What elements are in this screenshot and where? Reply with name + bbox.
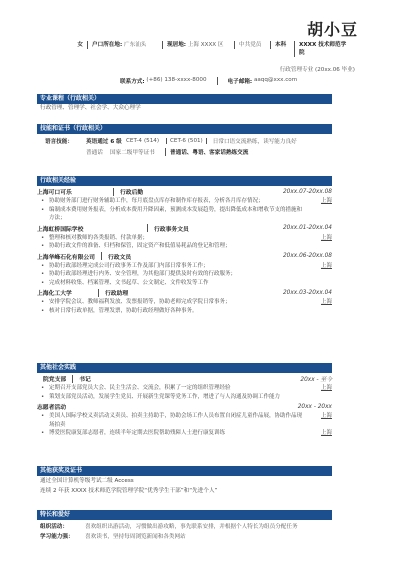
hobby-item: 组织活动： 喜欢组织出游活动，习惯做出游攻略，事先联系安排，并根据个人特长为组员… — [37, 522, 332, 532]
school: XXXX 技术师范学院 — [294, 41, 352, 57]
award-item: 通过全国计算机等级考试二级 Access — [37, 476, 332, 486]
job-header: 上海虹桥国际学校 行政事务文员 20xx.01-20xx.04 — [37, 223, 332, 234]
date: 20xx.01-20xx.04 — [283, 225, 332, 231]
role: 行政后勤 — [120, 187, 143, 196]
section-title: 行政相关经验 — [37, 176, 332, 186]
divider — [113, 188, 114, 196]
hobby-text: 喜欢读书，坚持每周浏览新闻和各类网站 — [85, 532, 186, 542]
mandarin-cert: 国家二级甲等证书 — [110, 148, 165, 156]
politics: 中共党员 — [234, 41, 270, 49]
cet4: CET-4 — [126, 138, 144, 144]
phone-value[interactable]: (+86) 138-xxxx-8000 — [146, 77, 206, 85]
gender: 女 — [65, 41, 87, 49]
residence: 现居地: 上海 XXXX 区 — [162, 41, 234, 49]
practice-entry: 志愿者活动 20xx - 20xx 美国人国际学校义卖活动义卖员、拍卖主持助手，… — [37, 401, 332, 438]
date: 20xx.06-20xx.08 — [283, 253, 332, 259]
divider — [217, 77, 218, 85]
award-item: 连续 2 年获 XXXX 技术师范学院管理学院“优秀学生干部”和“先进个人” — [37, 486, 332, 496]
bullet-item: 策划支部党员活动，发展学生党员、开展新生党课等党务工作，增进了与人沟通及协调工作… — [37, 393, 332, 402]
skill-label: 语言技能： — [45, 137, 86, 145]
divider — [147, 224, 148, 232]
bullet-item: 协助行政文件的准备、归档和保管，固定资产和低值易耗品的登记和管理； — [37, 242, 332, 251]
degree: 本科 — [270, 41, 294, 49]
bullet-item: 协助财务部门进行财务辅助工作，每月底盘点库存和制作库存报表，分析各月库存情况；上… — [37, 197, 332, 206]
hobby-item: 学习能力强： 喜欢读书，坚持每周浏览新闻和各类网站 — [37, 532, 332, 542]
practice-entry: 院党支部 书记 20xx - 至今 定期召开支部党员大会、民主生活会、交流会，积… — [37, 373, 332, 401]
company: 上海可口可乐 — [37, 187, 107, 196]
mandarin: 普通话 — [86, 148, 110, 156]
section-title: 其他获奖及证书 — [37, 466, 332, 476]
job-entry: 上海虹桥国际学校 行政事务文员 20xx.01-20xx.04 整理和核对教师的… — [37, 223, 332, 251]
candidate-name: 胡小豆 — [307, 17, 358, 40]
major: 行政管理专业 (20xx.06 毕业) — [280, 65, 355, 73]
oral-skill: 日常口语交流熟练，读写能力良好 — [213, 137, 297, 145]
hobby-label: 学习能力强： — [40, 532, 85, 542]
bullet-item: 协助行政部经理进行内务、安全管理，为其他部门提供及时有效的行政服务； — [37, 270, 332, 279]
company: 上海化工大学 — [37, 288, 92, 297]
location: 上海 — [321, 412, 332, 421]
residence-value: 上海 XXXX 区 — [188, 42, 224, 48]
practice-header: 院党支部 书记 20xx - 至今 — [37, 373, 332, 384]
location: 上海 — [321, 384, 332, 393]
divider — [98, 289, 99, 297]
job-entry: 上海化工大学 行政助理 20xx.03-20xx.04 安排学院会议、教师福利发… — [37, 287, 332, 315]
section-experience: 行政相关经验 上海可口可乐 行政后勤 20xx.07-20xx.08 协助财务部… — [37, 176, 332, 315]
dialects: 普通话、粤语、客家话熟练交流 — [165, 148, 248, 156]
date: 20xx.03-20xx.04 — [283, 290, 332, 296]
hobby-text: 喜欢组织出游活动，习惯做出游攻略，事先联系安排，并根据个人特长为组员分配任务 — [85, 522, 298, 532]
role: 行政文员 — [108, 252, 131, 261]
english-level: 英语通过 6 级 — [86, 137, 126, 145]
bullet-item: 整理和核对教师的各类报销、付款单据；上海 — [37, 234, 332, 243]
company: 上海华峰石化有限公司 — [37, 252, 95, 261]
bullet-item: 编制成本费用财务报表，分析成本费用升降因素，预测成本发展趋势，提出降低成本和增收… — [37, 206, 332, 223]
bullet-item: 完成材料收集、档案管理、文书起草、公文制定、文件收发等工作 — [37, 279, 332, 288]
section-hobbies: 特长和爱好 组织活动： 喜欢组织出游活动，习惯做出游攻略，事先联系安排，并根据个… — [37, 510, 332, 542]
email-label: 电子邮箱: — [228, 77, 253, 85]
section-title: 专业课程（行政相关） — [37, 94, 332, 104]
location: 上海 — [321, 234, 332, 243]
job-header: 上海可口可乐 行政后勤 20xx.07-20xx.08 — [37, 186, 332, 197]
personal-info-row: 女 户口所在地: 广东汕头 现居地: 上海 XXXX 区 中共党员 本科 XXX… — [65, 41, 365, 57]
bullet-item: 美国人国际学校义卖活动义卖员、拍卖主持助手，协助会场工作人员布置自闭症儿童作品展… — [37, 412, 332, 429]
cet6: CET-6 (501) — [166, 138, 207, 144]
location: 上海 — [321, 262, 332, 271]
mandarin-row: 普通话 国家二级甲等证书 普通话、粤语、客家话熟练交流 — [37, 147, 332, 157]
section-title: 技能和证书（行政相关） — [37, 124, 332, 134]
section-practice: 其他社会实践 院党支部 书记 20xx - 至今 定期召开支部党员大会、民主生活… — [37, 363, 332, 438]
job-header: 上海华峰石化有限公司 行政文员 20xx.06-20xx.08 — [37, 251, 332, 262]
residence-label: 现居地: — [167, 42, 186, 48]
bullet-item: 定期召开支部党员大会、民主生活会、交流会，积累了一定的组织管理经验上海 — [37, 384, 332, 393]
bullet-item: 博爱医院康复部志愿者，连续半年定期去医院帮助残障人士进行康复训练上海 — [37, 429, 332, 438]
company: 上海虹桥国际学校 — [37, 224, 141, 233]
cet4-score: (514) — [144, 138, 166, 144]
section-title: 特长和爱好 — [37, 510, 332, 520]
hukou-value: 广东汕头 — [124, 42, 146, 48]
org: 院党支部 — [43, 374, 66, 383]
location: 上海 — [321, 298, 332, 307]
date: 20xx.07-20xx.08 — [283, 189, 332, 195]
hukou: 户口所在地: 广东汕头 — [87, 41, 162, 49]
phone-label: 联系方式: — [120, 77, 145, 85]
divider — [72, 375, 73, 383]
org: 志愿者活动 — [37, 402, 66, 411]
section-skills: 技能和证书（行政相关） 语言技能： 英语通过 6 级 CET-4 (514) C… — [37, 124, 332, 157]
role: 书记 — [79, 374, 91, 383]
bullet-item: 安排学院会议、教师福利发放、发票报销等，协助老师完成学院日常事务；上海 — [37, 298, 332, 307]
role: 行政助理 — [105, 288, 128, 297]
courses-content: 行政管理、管理学、社会学、大众心理学 — [37, 104, 332, 113]
role: 行政事务文员 — [154, 224, 189, 233]
section-title: 其他社会实践 — [37, 363, 332, 373]
location: 上海 — [321, 429, 332, 438]
job-entry: 上海华峰石化有限公司 行政文员 20xx.06-20xx.08 协助行政部经理完… — [37, 251, 332, 288]
location: 上海 — [321, 197, 332, 206]
hobby-label: 组织活动： — [40, 522, 85, 532]
language-skill-row: 语言技能： 英语通过 6 级 CET-4 (514) CET-6 (501) 日… — [37, 134, 332, 147]
hukou-label: 户口所在地: — [92, 42, 122, 48]
divider — [101, 252, 102, 260]
section-awards: 其他获奖及证书 通过全国计算机等级考试二级 Access 连续 2 年获 XXX… — [37, 466, 332, 496]
section-courses: 专业课程（行政相关） 行政管理、管理学、社会学、大众心理学 — [37, 94, 332, 113]
job-header: 上海化工大学 行政助理 20xx.03-20xx.04 — [37, 287, 332, 298]
job-entry: 上海可口可乐 行政后勤 20xx.07-20xx.08 协助财务部门进行财务辅助… — [37, 186, 332, 223]
bullet-item: 协助行政部经理完成公司行政事务工作及部门内部日常事务工作；上海 — [37, 262, 332, 271]
email-value[interactable]: aaqq@xxx.com — [254, 77, 297, 85]
contact-row: 联系方式: (+86) 138-xxxx-8000 电子邮箱: aaqq@xxx… — [120, 77, 297, 85]
date: 20xx - 至今 — [300, 374, 332, 383]
date: 20xx - 20xx — [298, 404, 332, 410]
bullet-item: 核对日常行政单据，管理发票，协助行政经理做好各种事务。 — [37, 307, 332, 316]
practice-header: 志愿者活动 20xx - 20xx — [37, 401, 332, 412]
